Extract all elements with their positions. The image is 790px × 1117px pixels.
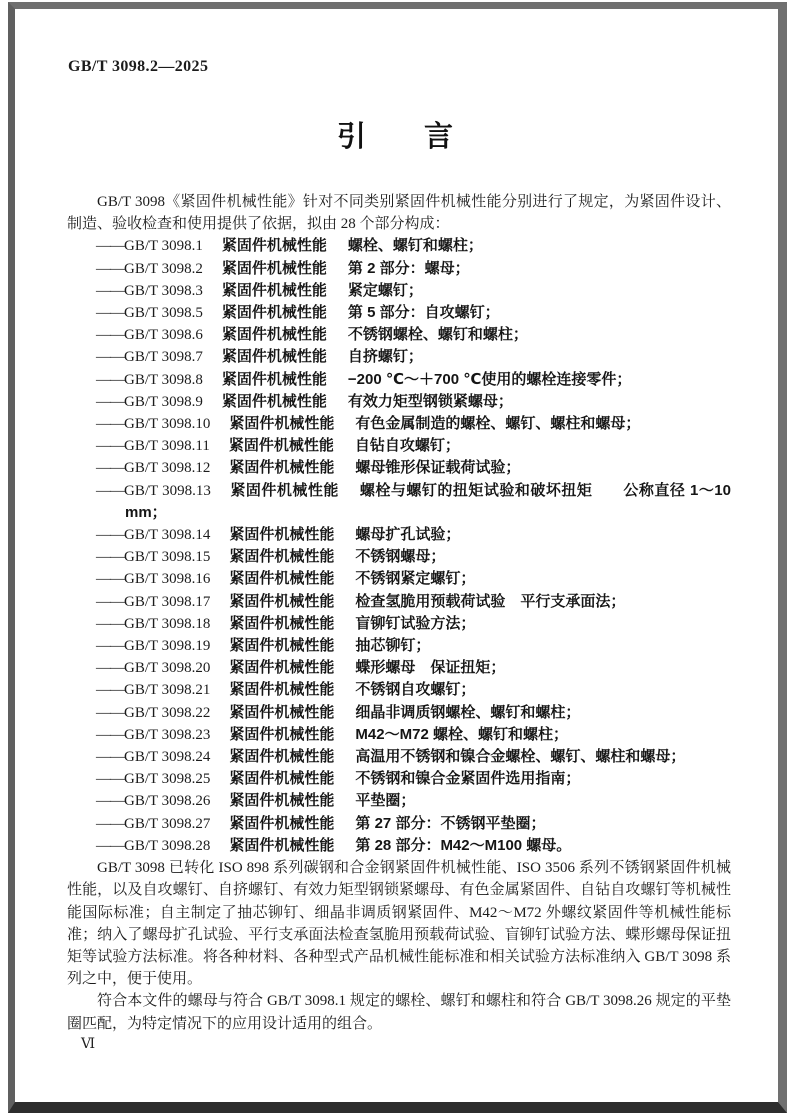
standard-part-title: 蝶形螺母 保证扭矩；: [355, 659, 505, 676]
standard-series-title: 紧固件机械性能: [222, 304, 327, 321]
standard-part-title: 不锈钢和镍合金紧固件选用指南；: [355, 770, 580, 787]
standard-list-item: ——GB/T 3098.2紧固件机械性能第 2 部分：螺母；: [67, 258, 731, 280]
standard-code: GB/T 3098.13: [124, 483, 211, 499]
standard-list-item: ——GB/T 3098.5紧固件机械性能第 5 部分：自攻螺钉；: [67, 302, 731, 324]
standard-part-title: 不锈钢紧定螺钉；: [355, 570, 475, 587]
standard-series-title: 紧固件机械性能: [229, 615, 334, 632]
standard-part-title: 有效力矩型钢锁紧螺母；: [348, 393, 513, 410]
standard-part-title: 第 28 部分：M42～M100 螺母。: [355, 837, 571, 854]
standard-part-title: 抽芯铆钉；: [355, 637, 430, 654]
standard-part-title: 有色金属制造的螺栓、螺钉、螺柱和螺母；: [355, 415, 640, 432]
standard-part-title: −200 ℃～＋700 ℃使用的螺栓连接零件；: [348, 371, 631, 388]
standard-code: GB/T 3098.17: [124, 594, 210, 610]
standard-part-title: 螺栓、螺钉和螺柱；: [348, 237, 483, 254]
standard-series-title: 紧固件机械性能: [229, 548, 334, 565]
standard-code: GB/T 3098.18: [124, 616, 210, 632]
standard-code: GB/T 3098.25: [124, 771, 210, 787]
standard-series-title: 紧固件机械性能: [229, 837, 334, 854]
standard-series-title: 紧固件机械性能: [222, 260, 327, 277]
list-item-dash: ——: [96, 416, 124, 432]
introduction-body: GB/T 3098《紧固件机械性能》针对不同类别紧固件机械性能分别进行了规定，为…: [67, 191, 731, 1035]
standard-series-title: 紧固件机械性能: [229, 748, 334, 765]
standard-part-title: 螺母扩孔试验；: [355, 526, 460, 543]
standard-code: GB/T 3098.21: [124, 682, 210, 698]
standard-code: GB/T 3098.28: [124, 838, 210, 854]
standard-code: GB/T 3098.14: [124, 527, 210, 543]
list-item-dash: ——: [96, 327, 124, 343]
list-item-dash: ——: [96, 305, 124, 321]
standard-list-item: ——GB/T 3098.3紧固件机械性能紧定螺钉；: [67, 280, 731, 302]
standard-series-title: 紧固件机械性能: [229, 459, 334, 476]
list-item-dash: ——: [96, 527, 124, 543]
standard-list-item: ——GB/T 3098.15紧固件机械性能不锈钢螺母；: [67, 546, 731, 568]
list-item-dash: ——: [96, 793, 124, 809]
standard-code: GB/T 3098.5: [124, 305, 203, 321]
standard-code: GB/T 3098.6: [124, 327, 203, 343]
standard-series-title: 紧固件机械性能: [229, 770, 334, 787]
standard-code: GB/T 3098.8: [124, 372, 203, 388]
standard-series-title: 紧固件机械性能: [229, 815, 334, 832]
standard-list-item: ——GB/T 3098.16紧固件机械性能不锈钢紧定螺钉；: [67, 568, 731, 590]
list-item-dash: ——: [96, 594, 124, 610]
standard-series-title: 紧固件机械性能: [229, 659, 334, 676]
standard-part-title: 第 2 部分：螺母；: [348, 260, 470, 277]
standard-list-item: ——GB/T 3098.18紧固件机械性能盲铆钉试验方法；: [67, 613, 731, 635]
standard-part-title: 高温用不锈钢和镍合金螺栓、螺钉、螺柱和螺母；: [355, 748, 685, 765]
list-item-dash: ——: [96, 838, 124, 854]
standard-code: GB/T 3098.15: [124, 549, 210, 565]
list-item-dash: ——: [96, 549, 124, 565]
standard-list-item: ——GB/T 3098.26紧固件机械性能平垫圈；: [67, 790, 731, 812]
standard-parts-list: ——GB/T 3098.1紧固件机械性能螺栓、螺钉和螺柱； ——GB/T 309…: [67, 235, 731, 857]
standard-list-item: ——GB/T 3098.20紧固件机械性能蝶形螺母 保证扭矩；: [67, 657, 731, 679]
standard-list-item: ——GB/T 3098.13紧固件机械性能螺栓与螺钉的扭矩试验和破坏扭矩 公称直…: [67, 480, 731, 524]
standard-part-title: 自挤螺钉；: [348, 348, 423, 365]
standard-code: GB/T 3098.20: [124, 660, 210, 676]
list-item-dash: ——: [96, 283, 124, 299]
standard-code: GB/T 3098.9: [124, 394, 203, 410]
standard-part-title: 平垫圈；: [355, 792, 415, 809]
page-title: 引 言: [0, 120, 790, 154]
standard-list-item: ——GB/T 3098.7紧固件机械性能自挤螺钉；: [67, 346, 731, 368]
standard-code: GB/T 3098.3: [124, 283, 203, 299]
standard-series-title: 紧固件机械性能: [229, 637, 334, 654]
list-item-dash: ——: [96, 483, 124, 499]
standard-series-title: 紧固件机械性能: [222, 326, 327, 343]
standard-part-title: 紧定螺钉；: [348, 282, 423, 299]
standard-series-title: 紧固件机械性能: [229, 415, 334, 432]
standard-series-title: 紧固件机械性能: [222, 237, 327, 254]
standard-part-title: 第 5 部分：自攻螺钉；: [348, 304, 500, 321]
standard-list-item: ——GB/T 3098.19紧固件机械性能抽芯铆钉；: [67, 635, 731, 657]
list-item-dash: ——: [96, 460, 124, 476]
standard-code: GB/T 3098.27: [124, 816, 210, 832]
standard-part-title: 不锈钢螺栓、螺钉和螺柱；: [348, 326, 528, 343]
standard-series-title: 紧固件机械性能: [230, 482, 339, 499]
standard-part-title: M42～M72 螺栓、螺钉和螺柱；: [355, 726, 568, 743]
standard-series-title: 紧固件机械性能: [229, 726, 334, 743]
standard-series-title: 紧固件机械性能: [229, 526, 334, 543]
standard-code: GB/T 3098.12: [124, 460, 210, 476]
list-item-dash: ——: [96, 261, 124, 277]
standard-series-title: 紧固件机械性能: [229, 681, 334, 698]
standard-code: GB/T 3098.26: [124, 793, 210, 809]
list-item-dash: ——: [96, 571, 124, 587]
standard-code: GB/T 3098.2: [124, 261, 203, 277]
standard-part-title: 螺母锥形保证载荷试验；: [355, 459, 520, 476]
standard-list-item: ——GB/T 3098.22紧固件机械性能细晶非调质钢螺栓、螺钉和螺柱；: [67, 702, 731, 724]
list-item-dash: ——: [96, 438, 124, 454]
standard-list-item: ——GB/T 3098.21紧固件机械性能不锈钢自攻螺钉；: [67, 679, 731, 701]
standard-list-item: ——GB/T 3098.6紧固件机械性能不锈钢螺栓、螺钉和螺柱；: [67, 324, 731, 346]
standard-list-item: ——GB/T 3098.11紧固件机械性能自钻自攻螺钉；: [67, 435, 731, 457]
list-item-dash: ——: [96, 727, 124, 743]
standard-series-title: 紧固件机械性能: [229, 704, 334, 721]
standard-part-title: 检查氢脆用预载荷试验 平行支承面法；: [355, 593, 625, 610]
list-item-dash: ——: [96, 394, 124, 410]
standard-list-item: ——GB/T 3098.1紧固件机械性能螺栓、螺钉和螺柱；: [67, 235, 731, 257]
standard-list-item: ——GB/T 3098.27紧固件机械性能第 27 部分：不锈钢平垫圈；: [67, 813, 731, 835]
standard-series-title: 紧固件机械性能: [222, 371, 327, 388]
standard-code: GB/T 3098.1: [124, 238, 203, 254]
standard-part-title: 第 27 部分：不锈钢平垫圈；: [355, 815, 545, 832]
standard-code: GB/T 3098.22: [124, 705, 210, 721]
standard-code: GB/T 3098.7: [124, 349, 203, 365]
page-number: Ⅵ: [81, 1036, 95, 1053]
standard-part-title: 自钻自攻螺钉；: [355, 437, 460, 454]
list-item-dash: ——: [96, 616, 124, 632]
standard-series-title: 紧固件机械性能: [222, 348, 327, 365]
standard-list-item: ——GB/T 3098.25紧固件机械性能不锈钢和镍合金紧固件选用指南；: [67, 768, 731, 790]
list-item-dash: ——: [96, 349, 124, 365]
list-item-dash: ——: [96, 238, 124, 254]
list-item-dash: ——: [96, 638, 124, 654]
intro-paragraph-2: GB/T 3098 已转化 ISO 898 系列碳钢和合金钢紧固件机械性能、IS…: [67, 857, 731, 990]
list-item-dash: ——: [96, 749, 124, 765]
standard-list-item: ——GB/T 3098.17紧固件机械性能检查氢脆用预载荷试验 平行支承面法；: [67, 591, 731, 613]
list-item-dash: ——: [96, 816, 124, 832]
standard-part-title: 不锈钢螺母；: [355, 548, 445, 565]
standard-list-item: ——GB/T 3098.8紧固件机械性能−200 ℃～＋700 ℃使用的螺栓连接…: [67, 369, 731, 391]
standard-series-title: 紧固件机械性能: [229, 437, 334, 454]
standard-series-title: 紧固件机械性能: [222, 393, 327, 410]
list-item-dash: ——: [96, 682, 124, 698]
standard-code: GB/T 3098.19: [124, 638, 210, 654]
standard-list-item: ——GB/T 3098.28紧固件机械性能第 28 部分：M42～M100 螺母…: [67, 835, 731, 857]
standard-list-item: ——GB/T 3098.9紧固件机械性能有效力矩型钢锁紧螺母；: [67, 391, 731, 413]
standard-number-header: GB/T 3098.2—2025: [68, 58, 208, 76]
standard-code: GB/T 3098.16: [124, 571, 210, 587]
standard-list-item: ——GB/T 3098.24紧固件机械性能高温用不锈钢和镍合金螺栓、螺钉、螺柱和…: [67, 746, 731, 768]
standard-part-title: 不锈钢自攻螺钉；: [355, 681, 475, 698]
intro-paragraph-1: GB/T 3098《紧固件机械性能》针对不同类别紧固件机械性能分别进行了规定，为…: [67, 191, 731, 235]
standard-series-title: 紧固件机械性能: [222, 282, 327, 299]
intro-paragraph-3: 符合本文件的螺母与符合 GB/T 3098.1 规定的螺栓、螺钉和螺柱和符合 G…: [67, 990, 731, 1034]
standard-part-title: 盲铆钉试验方法；: [355, 615, 475, 632]
standard-code: GB/T 3098.23: [124, 727, 210, 743]
list-item-dash: ——: [96, 372, 124, 388]
standard-code: GB/T 3098.24: [124, 749, 210, 765]
standard-part-title: 细晶非调质钢螺栓、螺钉和螺柱；: [355, 704, 580, 721]
standard-list-item: ——GB/T 3098.12紧固件机械性能螺母锥形保证载荷试验；: [67, 457, 731, 479]
standard-list-item: ——GB/T 3098.10紧固件机械性能有色金属制造的螺栓、螺钉、螺柱和螺母；: [67, 413, 731, 435]
standard-code: GB/T 3098.10: [124, 416, 210, 432]
standard-code: GB/T 3098.11: [124, 438, 210, 454]
list-item-dash: ——: [96, 771, 124, 787]
list-item-dash: ——: [96, 660, 124, 676]
standard-part-title: 螺栓与螺钉的扭矩试验和破坏扭矩 公称直径 1～10 mm；: [125, 482, 731, 521]
standard-list-item: ——GB/T 3098.23紧固件机械性能M42～M72 螺栓、螺钉和螺柱；: [67, 724, 731, 746]
standard-series-title: 紧固件机械性能: [229, 593, 334, 610]
standard-series-title: 紧固件机械性能: [229, 570, 334, 587]
standard-list-item: ——GB/T 3098.14紧固件机械性能螺母扩孔试验；: [67, 524, 731, 546]
list-item-dash: ——: [96, 705, 124, 721]
standard-series-title: 紧固件机械性能: [229, 792, 334, 809]
